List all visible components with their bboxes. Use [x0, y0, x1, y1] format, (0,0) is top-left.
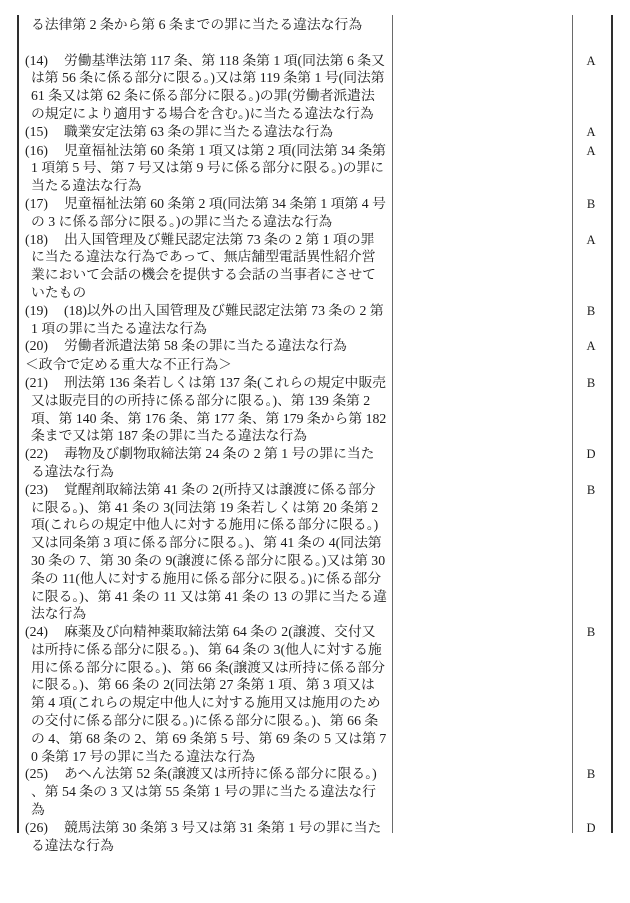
item-text: 児童福祉法第 60 条第 2 項(同法第 34 条第 1 項第 4 号の 3 に…	[31, 196, 386, 229]
grade-cell: A	[572, 52, 610, 71]
grade-cell: A	[572, 231, 610, 250]
grade-value: D	[586, 446, 595, 464]
offense-cell: (15)職業安定法第 63 条の罪に当たる違法な行為	[19, 123, 392, 141]
item-text: 麻薬及び向精神薬取締法第 64 条の 2(譲渡、交付又は所持に係る部分に限る。)…	[31, 624, 386, 764]
item-number: (17)	[25, 196, 48, 211]
offense-grade-table: る法律第 2 条から第 6 条までの罪に当たる違法な行為 (14)労働基準法第 …	[17, 15, 613, 833]
offense-cell: (23)覚醒剤取締法第 41 条の 2(所持又は譲渡に係る部分に限る。)、第 4…	[19, 481, 392, 623]
table-row-item-23: (23)覚醒剤取締法第 41 条の 2(所持又は譲渡に係る部分に限る。)、第 4…	[19, 481, 611, 623]
grade-cell: B	[572, 765, 610, 784]
table-row-item-26: (26)競馬法第 30 条第 3 号又は第 31 条第 1 号の罪に当たる違法な…	[19, 819, 611, 855]
grade-value: B	[587, 375, 595, 393]
item-number: (18)	[25, 232, 48, 247]
grade-cell: B	[572, 374, 610, 393]
offense-cell: (16)児童福祉法第 60 条第 1 項又は第 2 項(同法第 34 条第 1 …	[19, 142, 392, 195]
item-text: 児童福祉法第 60 条第 1 項又は第 2 項(同法第 34 条第 1 項第 5…	[31, 143, 386, 194]
table-row-item-24: (24)麻薬及び向精神薬取締法第 64 条の 2(譲渡、交付又は所持に係る部分に…	[19, 623, 611, 765]
grade-value: A	[586, 124, 595, 142]
table-row-item-16: (16)児童福祉法第 60 条第 1 項又は第 2 項(同法第 34 条第 1 …	[19, 142, 611, 195]
offense-cell: ＜政令で定める重大な不正行為＞	[19, 356, 392, 374]
table-row-item-19: (19)(18)以外の出入国管理及び難民認定法第 73 条の 2 第 1 項の罪…	[19, 302, 611, 338]
continuation-text: る法律第 2 条から第 6 条までの罪に当たる違法な行為	[25, 16, 387, 34]
section-header: ＜政令で定める重大な不正行為＞	[25, 356, 387, 374]
grade-value: A	[586, 143, 595, 161]
offense-cell: (14)労働基準法第 117 条、第 118 条第 1 項(同法第 6 条又は第…	[19, 52, 392, 123]
offense-cell: (18)出入国管理及び難民認定法第 73 条の 2 第 1 項の罪に当たる違法な…	[19, 231, 392, 302]
grade-value: A	[586, 232, 595, 250]
item-number: (25)	[25, 766, 48, 781]
table-row-item-20: (20)労働者派遣法第 58 条の罪に当たる違法な行為 A	[19, 337, 611, 356]
table-row-item-15: (15)職業安定法第 63 条の罪に当たる違法な行為 A	[19, 123, 611, 142]
grade-cell: B	[572, 302, 610, 321]
grade-cell: A	[572, 337, 610, 356]
offense-cell: (25)あへん法第 52 条(譲渡又は所持に係る部分に限る。)、第 54 条の …	[19, 765, 392, 818]
grade-cell: A	[572, 123, 610, 142]
item-text: あへん法第 52 条(譲渡又は所持に係る部分に限る。)、第 54 条の 3 又は…	[31, 766, 377, 817]
item-number: (23)	[25, 482, 48, 497]
item-number: (14)	[25, 53, 48, 68]
item-number: (21)	[25, 375, 48, 390]
offense-cell: (26)競馬法第 30 条第 3 号又は第 31 条第 1 号の罪に当たる違法な…	[19, 819, 392, 855]
table-row-section-header: ＜政令で定める重大な不正行為＞	[19, 356, 611, 374]
grade-value: D	[586, 820, 595, 838]
grade-cell: D	[572, 819, 610, 838]
item-text: 出入国管理及び難民認定法第 73 条の 2 第 1 項の罪に当たる違法な行為であ…	[31, 232, 376, 300]
offense-cell: (21)刑法第 136 条若しくは第 137 条(これらの規定中販売又は販売目的…	[19, 374, 392, 445]
offense-cell: (24)麻薬及び向精神薬取締法第 64 条の 2(譲渡、交付又は所持に係る部分に…	[19, 623, 392, 765]
item-number: (22)	[25, 446, 48, 461]
offense-cell: (17)児童福祉法第 60 条第 2 項(同法第 34 条第 1 項第 4 号の…	[19, 195, 392, 231]
item-text: 労働者派遣法第 58 条の罪に当たる違法な行為	[64, 338, 347, 353]
table-row-item-22: (22)毒物及び劇物取締法第 24 条の 2 第 1 号の罪に当たる違法な行為 …	[19, 445, 611, 481]
offense-cell: (22)毒物及び劇物取締法第 24 条の 2 第 1 号の罪に当たる違法な行為	[19, 445, 392, 481]
table-row-item-21: (21)刑法第 136 条若しくは第 137 条(これらの規定中販売又は販売目的…	[19, 374, 611, 445]
offense-cell: (19)(18)以外の出入国管理及び難民認定法第 73 条の 2 第 1 項の罪…	[19, 302, 392, 338]
item-text: 職業安定法第 63 条の罪に当たる違法な行為	[64, 124, 333, 139]
item-text: 覚醒剤取締法第 41 条の 2(所持又は譲渡に係る部分に限る。)、第 41 条の…	[31, 482, 387, 622]
item-text: 毒物及び劇物取締法第 24 条の 2 第 1 号の罪に当たる違法な行為	[31, 446, 374, 479]
grade-value: B	[587, 303, 595, 321]
item-number: (16)	[25, 143, 48, 158]
grade-value: B	[587, 482, 595, 500]
item-number: (19)	[25, 303, 48, 318]
table-row-blank	[19, 34, 611, 52]
grade-value: A	[586, 53, 595, 71]
grade-cell: B	[572, 195, 610, 214]
table-rows: る法律第 2 条から第 6 条までの罪に当たる違法な行為 (14)労働基準法第 …	[19, 16, 611, 854]
document-page: る法律第 2 条から第 6 条までの罪に当たる違法な行為 (14)労働基準法第 …	[0, 0, 630, 903]
grade-cell: B	[572, 481, 610, 500]
offense-cell: る法律第 2 条から第 6 条までの罪に当たる違法な行為	[19, 16, 392, 34]
table-row-item-17: (17)児童福祉法第 60 条第 2 項(同法第 34 条第 1 項第 4 号の…	[19, 195, 611, 231]
item-text: 競馬法第 30 条第 3 号又は第 31 条第 1 号の罪に当たる違法な行為	[31, 820, 381, 853]
table-row-continuation: る法律第 2 条から第 6 条までの罪に当たる違法な行為	[19, 16, 611, 34]
grade-cell: D	[572, 445, 610, 464]
item-text: (18)以外の出入国管理及び難民認定法第 73 条の 2 第 1 項の罪に当たる…	[31, 303, 384, 336]
offense-cell: (20)労働者派遣法第 58 条の罪に当たる違法な行為	[19, 337, 392, 355]
item-number: (24)	[25, 624, 48, 639]
table-row-item-18: (18)出入国管理及び難民認定法第 73 条の 2 第 1 項の罪に当たる違法な…	[19, 231, 611, 302]
grade-value: B	[587, 196, 595, 214]
grade-value: B	[587, 624, 595, 642]
grade-cell: A	[572, 142, 610, 161]
table-row-item-25: (25)あへん法第 52 条(譲渡又は所持に係る部分に限る。)、第 54 条の …	[19, 765, 611, 818]
item-number: (26)	[25, 820, 48, 835]
grade-cell: B	[572, 623, 610, 642]
item-text: 刑法第 136 条若しくは第 137 条(これらの規定中販売又は販売目的の所持に…	[31, 375, 386, 443]
item-number: (15)	[25, 124, 48, 139]
item-text: 労働基準法第 117 条、第 118 条第 1 項(同法第 6 条又は第 56 …	[31, 53, 385, 121]
grade-value: A	[586, 338, 595, 356]
grade-value: B	[587, 766, 595, 784]
table-row-item-14: (14)労働基準法第 117 条、第 118 条第 1 項(同法第 6 条又は第…	[19, 52, 611, 123]
item-number: (20)	[25, 338, 48, 353]
